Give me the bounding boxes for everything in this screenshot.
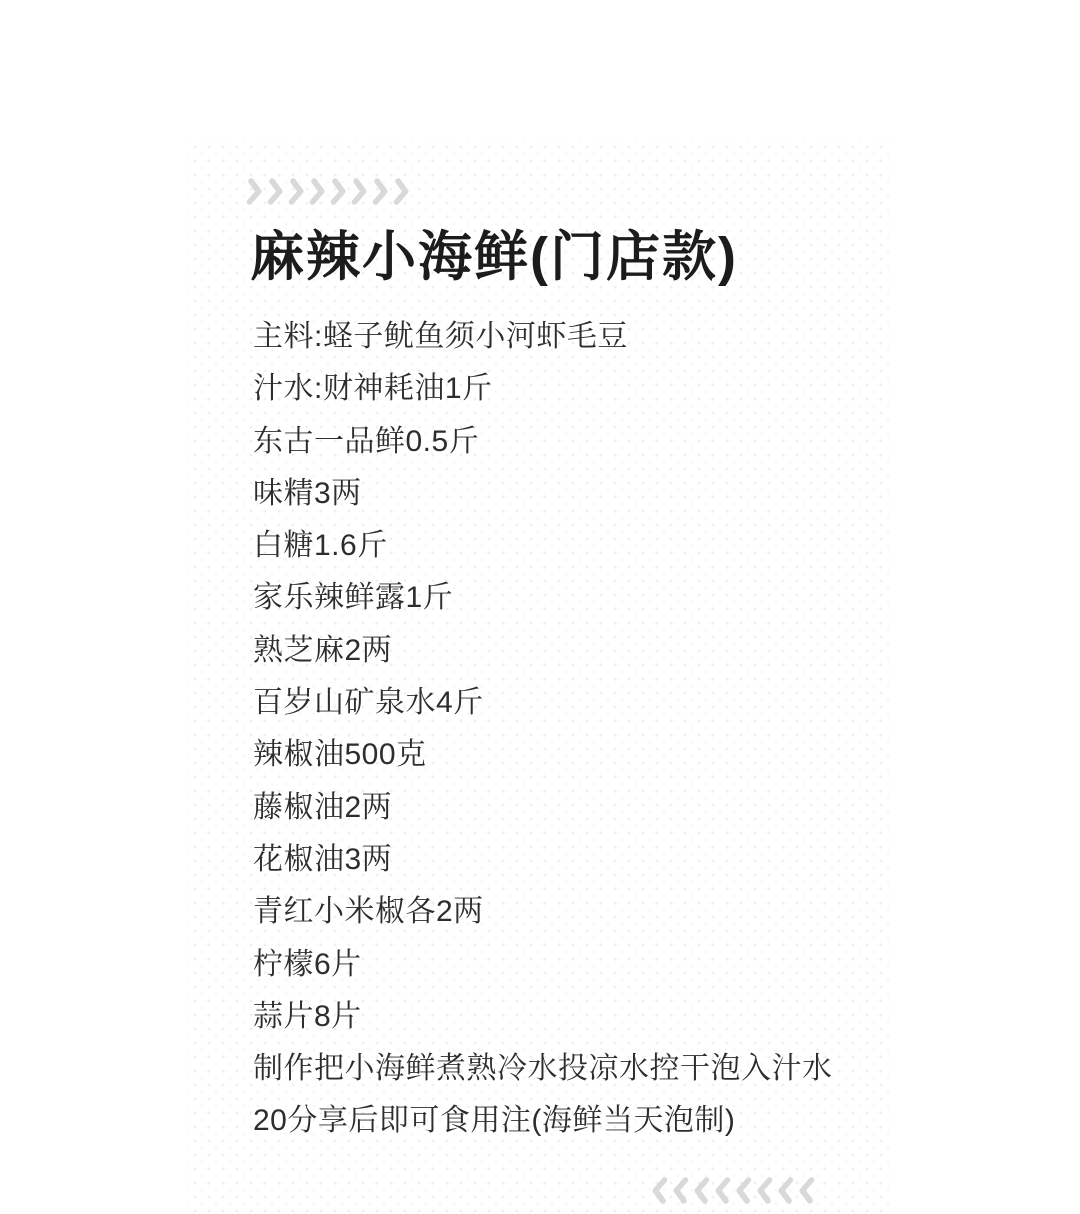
list-item: 汁水:财神耗油1斤 [253, 363, 893, 415]
list-item: 家乐辣鲜露1斤 [253, 572, 893, 624]
ingredient-list: 主料:蛏子鱿鱼须小河虾毛豆 汁水:财神耗油1斤 东古一品鲜0.5斤 味精3两 白… [253, 311, 893, 1148]
list-item: 20分享后即可食用注(海鲜当天泡制) [253, 1095, 893, 1147]
list-item: 辣椒油500克 [253, 729, 893, 781]
list-item: 白糖1.6斤 [253, 520, 893, 572]
list-item: 味精3两 [253, 468, 893, 520]
list-item: 制作把小海鲜煮熟冷水投凉水控干泡入汁水 [253, 1043, 893, 1095]
list-item: 藤椒油2两 [253, 782, 893, 834]
list-item: 百岁山矿泉水4斤 [253, 677, 893, 729]
chevrons-right-icon [246, 178, 410, 205]
recipe-page: 麻辣小海鲜(门店款) 主料:蛏子鱿鱼须小河虾毛豆 汁水:财神耗油1斤 东古一品鲜… [0, 0, 1080, 1214]
list-item: 主料:蛏子鱿鱼须小河虾毛豆 [253, 311, 893, 363]
list-item: 青红小米椒各2两 [253, 886, 893, 938]
list-item: 蒜片8片 [253, 991, 893, 1043]
list-item: 熟芝麻2两 [253, 625, 893, 677]
list-item: 东古一品鲜0.5斤 [253, 416, 893, 468]
list-item: 花椒油3两 [253, 834, 893, 886]
list-item: 柠檬6片 [253, 939, 893, 991]
recipe-title: 麻辣小海鲜(门店款) [250, 214, 738, 291]
chevrons-left-icon [651, 1177, 815, 1204]
